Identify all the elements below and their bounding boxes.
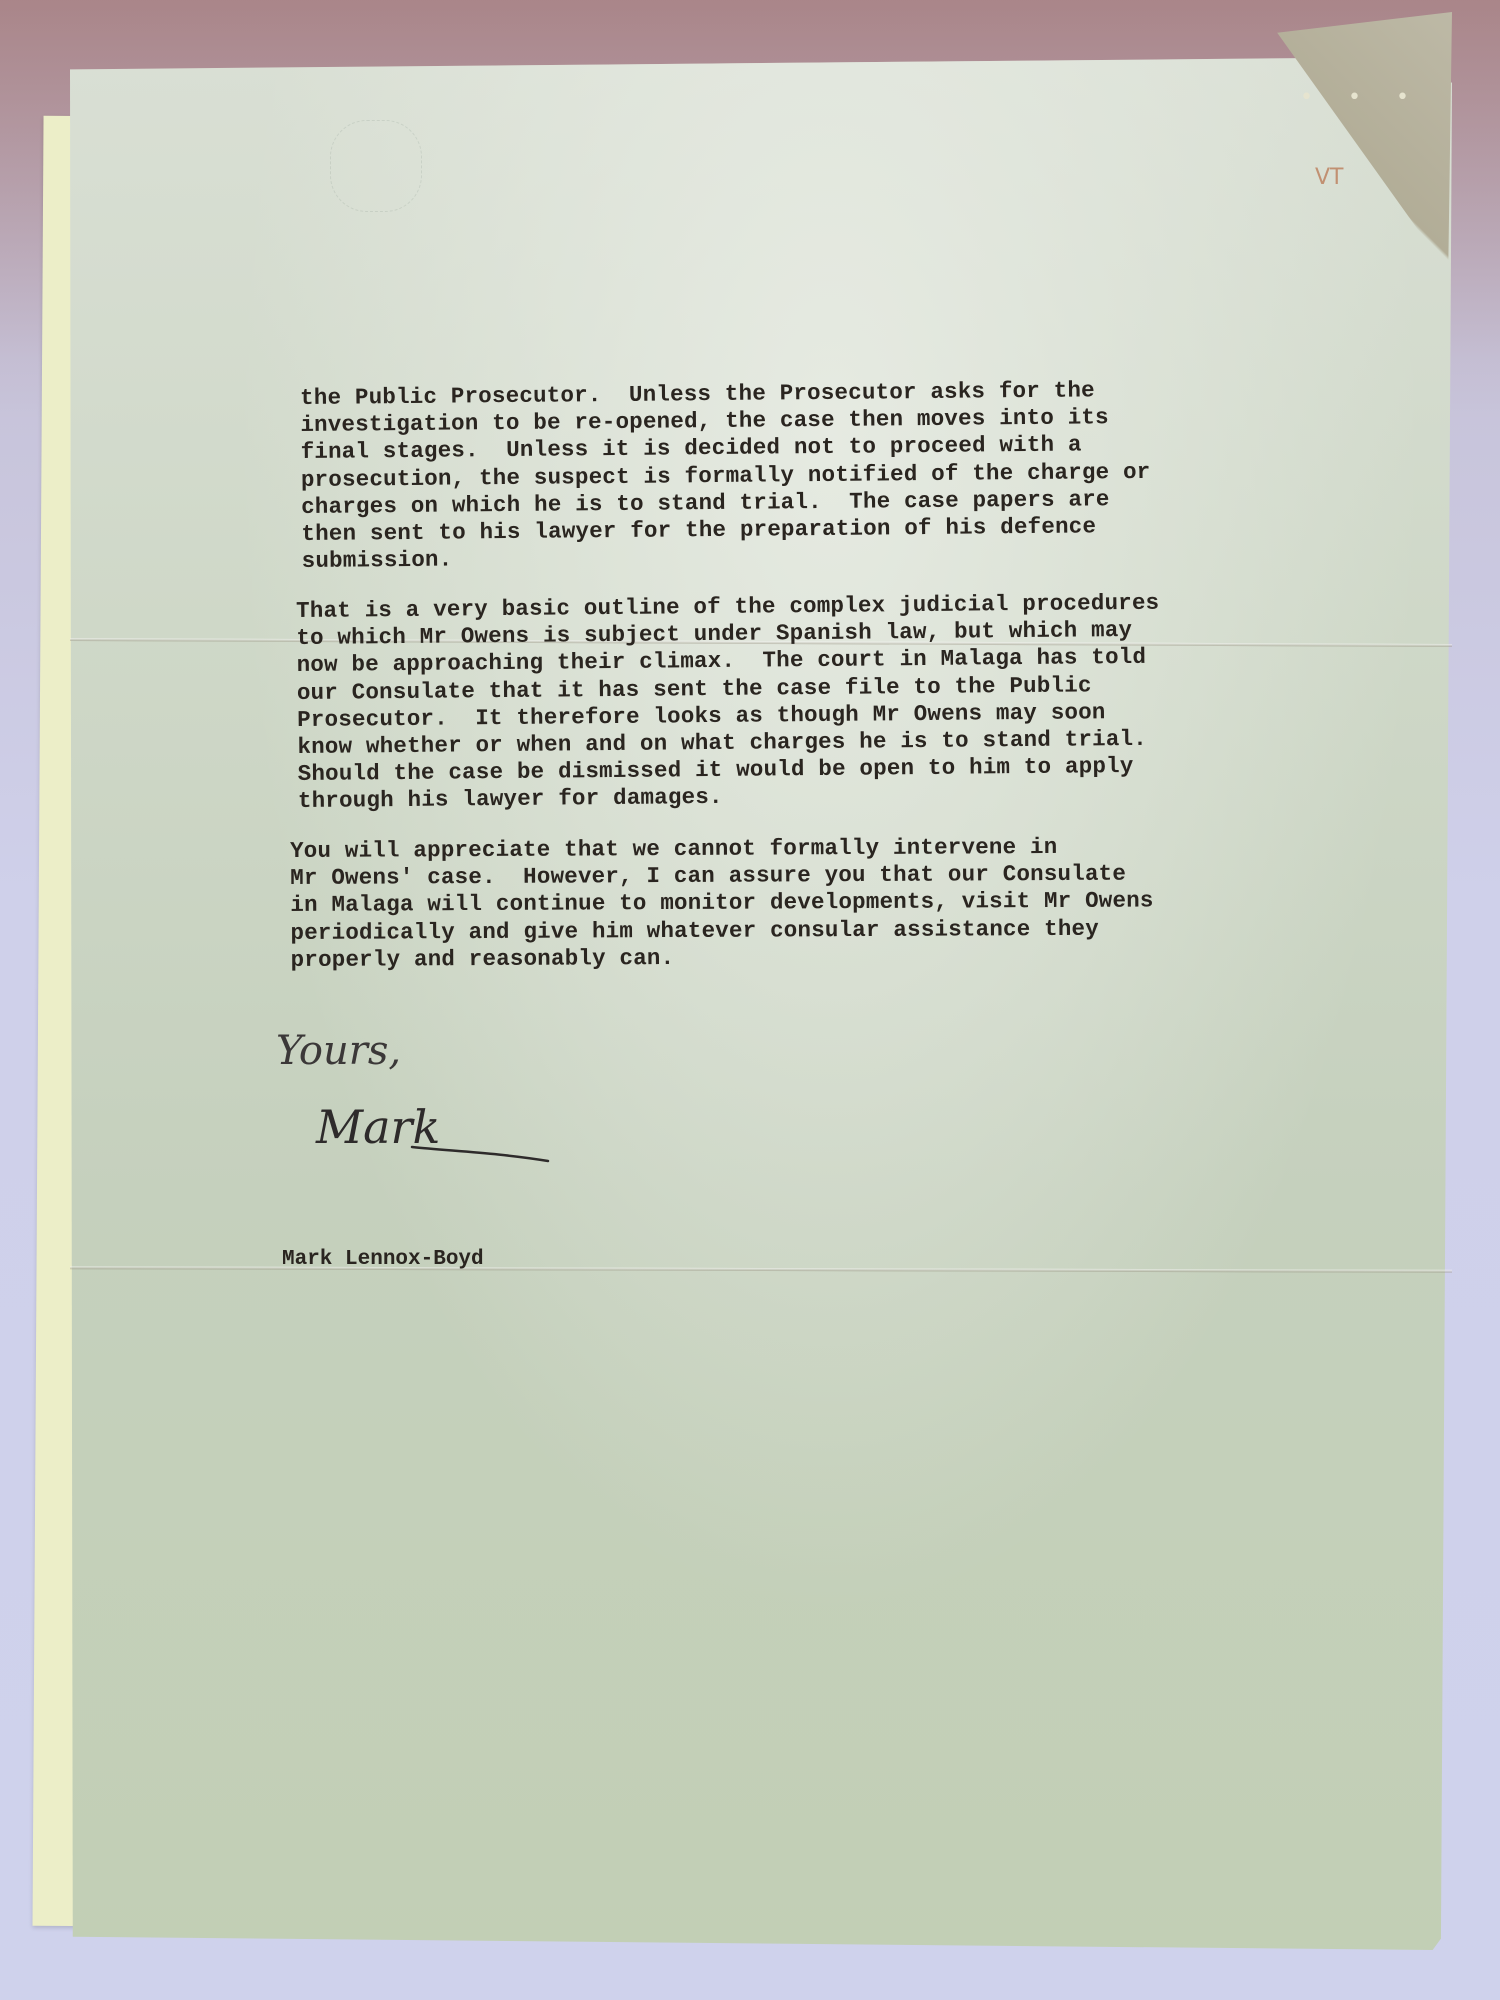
typed-signatory-name: Mark Lennox-Boyd bbox=[282, 1248, 484, 1271]
signature-flourish-icon bbox=[410, 1135, 550, 1165]
faint-crest-icon bbox=[330, 120, 422, 212]
text-line: in Malaga will continue to monitor devel… bbox=[290, 888, 1153, 920]
paragraph-assurance: You will appreciate that we cannot forma… bbox=[290, 833, 1154, 974]
staple-holes-icon: • • • bbox=[1300, 85, 1423, 110]
handwritten-closing: Yours, bbox=[276, 1028, 401, 1074]
text-line: properly and reasonably can. bbox=[291, 942, 1154, 974]
text-line: periodically and give him whatever consu… bbox=[290, 915, 1153, 947]
corner-annotation: VT bbox=[1315, 165, 1344, 190]
paragraph-procedure: the Public Prosecutor. Unless the Prosec… bbox=[300, 377, 1151, 576]
letter-page bbox=[70, 58, 1452, 1950]
paragraph-outline: That is a very basic outline of the comp… bbox=[296, 590, 1161, 816]
